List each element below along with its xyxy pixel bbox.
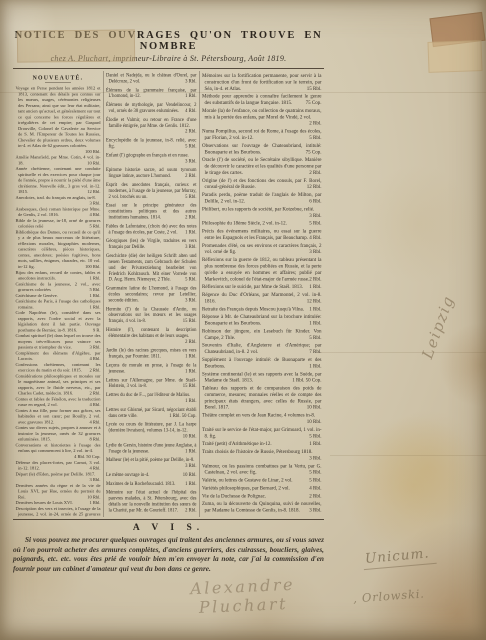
- entry-price: 3 Rbl.: [310, 213, 322, 219]
- catalog-entry: Défense des places-fortes, par Carnot, 3…: [16, 460, 101, 472]
- catalog-entry: Le même ouvrage in-4. 10 Rbl.: [106, 472, 197, 478]
- entry-price: 3 Rbl.: [310, 508, 322, 514]
- entry-price: 75 Cop.: [306, 100, 321, 106]
- catalog-entry: Lydie de Gersin, histoire d'une jeune An…: [106, 443, 197, 455]
- catalog-entry: Robinson der jüngere, ein Lesebuch für K…: [202, 328, 322, 341]
- catalog-entry: Lycée ou cours de littérature, par J. La…: [106, 422, 197, 440]
- catalog-columns-area: NOUVEAUTÉ. Voyage en Perse pendant les a…: [13, 71, 324, 517]
- catalog-entry: Anecdotes, trad. du français en anglais,…: [16, 195, 101, 207]
- catalog-entry: Lettres sur Ghismé, par Sicard, négocian…: [106, 407, 197, 419]
- catalog-entry: Catéchisme de la jeunesse, 2 vol., avec …: [16, 281, 101, 293]
- entry-text: Encyclopédie de la jeunesse, in-8. relié…: [106, 138, 197, 149]
- entry-text: Lettres du duc de F..., par l'éditeur de…: [106, 393, 190, 398]
- catalog-entry: Lettres du duc de F..., par l'éditeur de…: [106, 393, 197, 405]
- entry-text: Geschichte (die) der heiligen Schrift al…: [106, 253, 197, 282]
- entry-text: Réflexions sur le suicide, par Mme de St…: [202, 284, 303, 290]
- entry-price: 3 Rbl.: [310, 455, 322, 461]
- catalog-entry: Élémens de la grammaire française, par L…: [106, 88, 197, 100]
- tape-top-right-lower: [427, 40, 482, 73]
- catalog-entry: Voyage en Perse pendant les années 1812 …: [16, 86, 101, 155]
- entry-price: 4 Rbl.: [186, 109, 197, 115]
- catalog-entry: Catéchisme de Paris, à l'usage des catho…: [16, 299, 101, 311]
- entry-text: Élémens de la grammaire française, par L…: [106, 88, 197, 99]
- catalog-column-3: Mémoires sur la fortification permanente…: [199, 71, 324, 517]
- catalog-entry: Encyclopédie de la jeunesse, in-8. relié…: [106, 138, 197, 150]
- entry-text: Contes sur divers sujets, propres à amus…: [16, 425, 101, 442]
- entry-price: 5 Rbl.: [310, 433, 322, 439]
- entry-price: 1 Rbl.: [310, 441, 322, 447]
- entry-price: 1 Rbl.: [186, 94, 197, 100]
- catalog-entry: Grammaire latine de L'homond, à l'usage …: [106, 286, 197, 304]
- entry-text: Départ (le) d'Eden, poème par Delille. 1…: [16, 471, 96, 476]
- catalog-entry: Souvenirs d'Italie, d'Angleterre et d'Am…: [202, 343, 322, 356]
- catalog-entry: Considérations philosophiques et morales…: [16, 373, 101, 396]
- entry-text: Lydie de Gersin, histoire d'une jeune An…: [106, 443, 197, 454]
- entry-text: Bible de la jeunesse, in-18, orné de gra…: [16, 218, 101, 229]
- entry-text: Valmour, ou les passions combattues par …: [202, 463, 322, 475]
- catalog-entry: Essai sur le principe générateur des con…: [106, 203, 197, 221]
- entry-price: 2 Rbl.: [186, 508, 197, 514]
- catalog-entry: Traits choisis de l'histoire de Russie, …: [202, 449, 322, 462]
- avis-section: A V I S. Si vous pouvez me procurer quel…: [13, 519, 324, 574]
- catalog-entry: Bijou des enfans, recueil de contes, fab…: [16, 270, 101, 282]
- entry-text: Précis des événemens militaires, ou essa…: [202, 229, 322, 241]
- entry-text: Promenades d'été, ou ses environs et car…: [202, 243, 322, 255]
- entry-price: 12 Rbl.: [307, 298, 321, 304]
- entry-text: Complément des élémens d'Algèbre, par La…: [16, 350, 101, 361]
- entry-text: Philosophie du 18ème Siècle, 2 vol. in-1…: [202, 221, 287, 227]
- entry-price: 1 Rbl.: [186, 369, 197, 375]
- entry-text: Souvenirs d'Italie, d'Angleterre et d'Am…: [202, 343, 322, 355]
- entry-price: 75 Cop.: [306, 149, 321, 155]
- entry-text: Oracle (l') de société, ou le Secrétaire…: [202, 157, 322, 175]
- catalog-entry: Mémoire sur l'état actuel de l'hôpital d…: [106, 490, 197, 514]
- catalog-entry: Régence du Duc d'Orléans, par Marmontel,…: [202, 292, 322, 305]
- entry-text: Grammaire latine de L'homond, à l'usage …: [106, 286, 197, 303]
- catalog-entry: Géorgiques (les) de Virgile, traduites e…: [106, 239, 197, 251]
- entry-text: Epitome historiæ sacræ, ad usum tyronum …: [106, 168, 197, 179]
- entry-text: Élodie et Valmir, ou retour en France d'…: [106, 117, 197, 128]
- entry-text: Maximes de la Rochefoucauld. 1813.: [106, 481, 175, 486]
- entry-text: Le même ouvrage in-4.: [106, 472, 149, 477]
- entry-price: 1 Rbl.: [310, 321, 322, 327]
- entry-price: 10 Rbl.: [307, 419, 321, 425]
- entry-text: Robinson der jüngere, ein Lesebuch für K…: [202, 328, 322, 340]
- entry-price: 1 Rbl.: [186, 354, 197, 360]
- catalog-entry: Zuma, ou la découverte du Quinquina, sui…: [202, 501, 322, 514]
- entry-text: Code Napoléon (le), considéré dans ses r…: [16, 310, 101, 332]
- entry-text: Histoire (l'), contenant la description …: [106, 328, 197, 339]
- scanned-catalog-page: NOTICE DES OUVRAGES QU'ON TROUVE EN NOMB…: [0, 0, 486, 640]
- catalog-entry: Amélie Mansfield, par Mme. Cotin, 4 vol.…: [16, 155, 101, 167]
- entry-text: Description des vers et insectes, à l'us…: [16, 506, 101, 517]
- catalog-entry: Esprit des anecdotes français, curieux e…: [106, 182, 197, 200]
- catalog-entry: Geschichte (die) der heiligen Schrift al…: [106, 253, 197, 283]
- entry-text: Numa Pompilius, second roi de Rome, à l'…: [202, 129, 322, 141]
- entry-text: Esprit des anecdotes français, curieux e…: [106, 182, 197, 199]
- catalog-entry: Epitome historiæ sacræ, ad usum tyronum …: [106, 168, 197, 180]
- catalog-entry: Oracle (l') de société, ou le Secrétaire…: [202, 157, 322, 176]
- entry-price: 5 Rbl.: [310, 470, 322, 476]
- catalog-entry: Dernières années du règne et de la vie d…: [16, 483, 101, 500]
- entry-text: Conversations et historiettes à l'usage …: [16, 442, 101, 453]
- entry-text: Fables de Lafontaine, (choix de) avec de…: [106, 224, 197, 235]
- entry-price: 1 Rbl.: [310, 306, 322, 312]
- catalog-entry: Contes à ma fille, pour former aux grâce…: [16, 408, 101, 425]
- entry-price: 2 Rbl.: [310, 170, 322, 176]
- entry-text: Méthode pour apprendre à connaître facil…: [202, 94, 322, 106]
- entry-text: Élémens de mythologie, par Vendelincour,…: [106, 103, 197, 114]
- tape-top-left: [17, 29, 135, 62]
- entry-price: 1 Rbl.: [310, 284, 322, 290]
- catalog-entry: Réflexions sur le suicide, par Mme de St…: [202, 284, 322, 290]
- catalog-entry: Élémens de mythologie, par Vendelincour,…: [106, 103, 197, 115]
- entry-price: 3 Rbl.: [186, 79, 197, 85]
- entry-text: Dernières heures de Louis XVI.: [16, 500, 73, 505]
- entry-text: Daniel et Nadejda, ou le château d'Ourel…: [106, 73, 197, 84]
- catalog-entry: Retraite des Français depuis Moscou jusq…: [202, 306, 322, 312]
- nouveaute-heading: NOUVEAUTÉ.: [16, 75, 101, 81]
- entry-price: 3 Rbl.: [186, 298, 197, 304]
- catalog-entry: Fables de Lafontaine, (choix de) avec de…: [106, 224, 197, 236]
- catalog-entry: Complément des élémens d'Algèbre, par La…: [16, 350, 101, 362]
- entry-text: Origine (de l') et des fonctions des con…: [202, 178, 322, 190]
- entry-text: Variétés philosophiques, par Bernard, 2 …: [202, 485, 290, 491]
- entry-text: Contes à ma fille, pour former aux grâce…: [16, 408, 101, 425]
- entry-price: 7 Rbl.: [310, 349, 322, 355]
- catalog-entry: Vie de la Duchesse de Polignac. 2 Rbl.: [202, 493, 322, 499]
- entry-price: 4 Rbl.: [310, 485, 322, 491]
- entry-text: Théâtre complet en vers de Jean Racine, …: [202, 413, 315, 419]
- entry-price: 1 Rbl. 50 Cop.: [170, 413, 197, 419]
- catalog-columns: NOUVEAUTÉ. Voyage en Perse pendant les a…: [13, 71, 324, 517]
- catalog-entry: Daniel et Nadejda, ou le château d'Ourel…: [106, 73, 197, 85]
- entry-text: Observations sur l'ouvrage de Chateaubri…: [202, 143, 322, 155]
- catalog-entry: Tableau des rapports et de comparaison d…: [202, 386, 322, 412]
- catalog-entry: Code Napoléon (le), considéré dans ses r…: [16, 310, 101, 333]
- entry-text: Arabesques, (les) roman historique par M…: [16, 206, 101, 217]
- catalog-entry: Description des vers et insectes, à l'us…: [16, 506, 101, 517]
- entry-price: 3 Rbl.: [186, 245, 197, 251]
- entry-text: Géorgiques (les) de Virgile, traduites e…: [106, 239, 197, 250]
- entry-text: Catéchisme de Paris, à l'usage des catho…: [16, 299, 101, 310]
- entry-text: Tableau des rapports et de comparaison d…: [202, 386, 322, 411]
- entry-text: Voyage en Perse pendant les années 1812 …: [16, 86, 101, 149]
- entry-price: 1 Rbl. 50 Cop.: [293, 378, 322, 384]
- catalog-entry: Origine (de l') et des fonctions des con…: [202, 178, 322, 191]
- avis-body: Si vous pouvez me procurer quelques ouvr…: [13, 535, 324, 574]
- entry-text: Combat spirituel (le) dans lequel on tro…: [16, 333, 101, 350]
- entry-text: Défense des places-fortes, par Carnot, 3…: [16, 460, 101, 471]
- entry-text: Traité sur le service de l'état-major, p…: [202, 427, 322, 439]
- entry-price: 5 Rbl.: [186, 144, 197, 150]
- catalog-entry: Jardin (le) des racines grecques, mises …: [106, 348, 197, 360]
- catalog-entry: Morale (la) de l'enfance, ou collection …: [202, 108, 322, 127]
- catalog-entry: Combat spirituel (le) dans lequel on tro…: [16, 333, 101, 350]
- catalog-entry: Paradis perdu, poème traduit de l'anglai…: [202, 192, 322, 205]
- catalog-entry: Promenades d'été, ou ses environs et car…: [202, 243, 322, 256]
- catalog-entry: Supplément à l'ouvrage intitulé: de Buon…: [202, 357, 322, 370]
- catalog-entry: Réflexions sur la guerre de 1812, ou tab…: [202, 257, 322, 283]
- entry-price: 10 Rbl.: [183, 434, 196, 440]
- catalog-entry: Théâtre complet en vers de Jean Racine, …: [202, 413, 322, 426]
- catalog-entry: Système continental (le) et ses rapports…: [202, 371, 322, 384]
- entry-price: 2 Rbl.: [186, 129, 197, 135]
- catalog-entry: Malheur (le) et la pitié, poème par Deli…: [106, 458, 197, 470]
- entry-text: Philibert, ou les rapports de société, p…: [202, 206, 314, 212]
- entry-price: 1 Rbl.: [186, 481, 197, 487]
- entry-text: Malheur (le) et la pitié, poème par Deli…: [106, 458, 194, 463]
- entry-text: Catéchisme de Genève.: [16, 293, 58, 298]
- entry-text: Confessions chrétiennes, contenant les e…: [16, 362, 101, 373]
- entry-price: 2 Rbl.: [186, 215, 197, 221]
- catalog-entry: Bibliothèque des Dames, ou recueil de ce…: [16, 229, 101, 269]
- entry-text: Traits choisis de l'histoire de Russie, …: [202, 449, 312, 455]
- entry-text: Zuma, ou la découverte du Quinquina, sui…: [202, 501, 322, 513]
- entry-text: Jardin (le) des racines grecques, mises …: [106, 348, 197, 359]
- entry-text: Bijou des enfans, recueil de contes, fab…: [16, 270, 101, 281]
- entry-price: 3 Rbl.: [186, 464, 197, 470]
- entry-text: Anecdotes, trad. du français en anglais,…: [16, 195, 96, 200]
- entry-text: Bibliothèque des Dames, ou recueil de ce…: [16, 229, 101, 269]
- entry-price: 1 Rbl.: [186, 230, 197, 236]
- entry-price: 5 Rbl.: [186, 194, 197, 200]
- avis-title: A V I S.: [13, 523, 324, 533]
- entry-price: 4 Rbl.: [310, 235, 322, 241]
- catalog-entry: Traité (petit) d'Arithmétique in-12. 1 R…: [202, 441, 322, 447]
- entry-price: 15 Rbl.: [183, 384, 196, 390]
- catalog-entry: Observations sur l'ouvrage de Chateaubri…: [202, 143, 322, 156]
- catalog-column-2: Daniel et Nadejda, ou le château d'Ourel…: [103, 71, 199, 517]
- catalog-entry: Année chrétienne, contenant une conduite…: [16, 166, 101, 195]
- catalog-entry: Contes et fables de Fénélon, avec la tra…: [16, 396, 101, 408]
- catalog-entry: Numa Pompilius, second roi de Rome, à l'…: [202, 129, 322, 142]
- catalog-entry: Mémoires sur la fortification permanente…: [202, 73, 322, 92]
- catalog-column-1: NOUVEAUTÉ. Voyage en Perse pendant les a…: [13, 71, 103, 517]
- entry-price: 2 Rbl.: [310, 276, 322, 282]
- catalog-entry: Valmour, ou les passions combattues par …: [202, 463, 322, 476]
- entry-text: Retraite des Français depuis Moscou jusq…: [202, 306, 304, 312]
- entry-text: Réponse à Mr. de Chateaubriand sur la br…: [202, 314, 322, 326]
- entry-price: 5 Rbl.: [310, 478, 322, 484]
- entry-price: 2 Rbl.: [186, 174, 197, 180]
- entry-text: Morale (la) de l'enfance, ou collection …: [202, 108, 322, 120]
- printed-block: NOTICE DES OUVRAGES QU'ON TROUVE EN NOMB…: [13, 30, 324, 574]
- entry-price: 2 Rbl.: [310, 121, 322, 127]
- entry-price: 6 Rbl.: [310, 199, 322, 205]
- catalog-entry: Valérie, ou lettres de Gustave de Linar,…: [202, 478, 322, 484]
- entry-text: Considérations philosophiques et morales…: [16, 373, 101, 395]
- catalog-entry: Précis des événemens militaires, ou essa…: [202, 229, 322, 242]
- entry-price: 10 Rbl.: [307, 405, 321, 411]
- entry-price: 10 Rbl.: [183, 472, 196, 478]
- catalog-entry: Hermite (l') de la Chaussée d'Antin, ou …: [106, 307, 197, 325]
- entry-price: 12 Rbl.: [307, 184, 321, 190]
- entry-text: Leçons de morale en prose, à l'usage de …: [106, 363, 197, 374]
- catalog-entry: Arabesques, (les) roman historique par M…: [16, 206, 101, 218]
- entry-price: 1 Rbl.: [186, 449, 197, 455]
- entry-text: Catéchisme de la jeunesse, 2 vol., avec …: [16, 281, 101, 292]
- entry-price: 1 Rbl.: [310, 363, 322, 369]
- entry-price: 2 Rbl.: [310, 493, 322, 499]
- entry-text: Réflexions sur la guerre de 1812, ou tab…: [202, 257, 322, 282]
- catalog-entry: Leçons de morale en prose, à l'usage de …: [106, 363, 197, 375]
- entry-text: Mémoire sur l'état actuel de l'hôpital d…: [106, 490, 197, 513]
- entry-price: 3 Rbl.: [310, 249, 322, 255]
- catalog-entry: Variétés philosophiques, par Bernard, 2 …: [202, 485, 322, 491]
- catalog-entry: Lettres sur l'Allemagne, par Mme. de Sta…: [106, 378, 197, 390]
- catalog-entry: Contes sur divers sujets, propres à amus…: [16, 425, 101, 442]
- entry-text: Contes et fables de Fénélon, avec la tra…: [16, 396, 101, 407]
- entry-text: Essai sur le principe générateur des con…: [106, 203, 197, 220]
- entry-text: Vie de la Duchesse de Polignac.: [202, 493, 266, 499]
- catalog-entry: Conversations et historiettes à l'usage …: [16, 442, 101, 459]
- entry-price: 1 Rbl.: [186, 399, 197, 405]
- nouveaute-rule: [45, 82, 71, 83]
- entry-text: Supplément à l'ouvrage intitulé: de Buon…: [202, 357, 322, 369]
- entry-price: 5 Rbl.: [310, 335, 322, 341]
- catalog-entry: Réponse à Mr. de Chateaubriand sur la br…: [202, 314, 322, 327]
- header-rule: [13, 68, 324, 69]
- catalog-entry: Maximes de la Rochefoucauld. 1813. 1 Rbl…: [106, 481, 197, 487]
- entry-price: 5 Rbl.: [310, 135, 322, 141]
- catalog-entry: Traité sur le service de l'état-major, p…: [202, 427, 322, 440]
- entry-price: 3 Rbl.: [186, 159, 197, 165]
- catalog-entry: Confessions chrétiennes, contenant les e…: [16, 362, 101, 374]
- entry-text: Paradis perdu, poème traduit de l'anglai…: [202, 192, 322, 204]
- catalog-entry: Bible de la jeunesse, in-18, orné de gra…: [16, 218, 101, 230]
- entry-price: 15 Rbl.: [183, 319, 196, 325]
- catalog-entry: Philibert, ou les rapports de société, p…: [202, 206, 322, 219]
- catalog-entry: Méthode pour apprendre à connaître facil…: [202, 94, 322, 107]
- entry-text: Valérie, ou lettres de Gustave de Linar,…: [202, 478, 292, 484]
- entry-text: Mémoires sur la fortification permanente…: [202, 73, 322, 91]
- nouveaute-block: NOUVEAUTÉ.: [16, 73, 101, 86]
- entry-price: 15 Rbl.: [307, 86, 321, 92]
- entry-price: 5 Rbl.: [186, 277, 197, 283]
- entry-price: 2 Rbl.: [186, 339, 197, 345]
- catalog-entry: Philosophie du 18ème Siècle, 2 vol. in-1…: [202, 221, 322, 227]
- catalog-entry: Élodie et Valmir, ou retour en France d'…: [106, 117, 197, 135]
- catalog-entry: Enfant (l') géographe en français et en …: [106, 153, 197, 165]
- entry-price: 5 Rbl.: [310, 221, 322, 227]
- entry-text: Traité (petit) d'Arithmétique in-12.: [202, 441, 272, 447]
- entry-text: Lycée ou cours de littérature, par J. La…: [106, 422, 197, 433]
- catalog-entry: Départ (le) d'Eden, poème par Delille. 1…: [16, 471, 101, 483]
- catalog-entry: Histoire (l'), contenant la description …: [106, 328, 197, 346]
- entry-text: Enfant (l') géographe en français et en …: [106, 153, 189, 158]
- entry-text: Régence du Duc d'Orléans, par Marmontel,…: [202, 292, 322, 304]
